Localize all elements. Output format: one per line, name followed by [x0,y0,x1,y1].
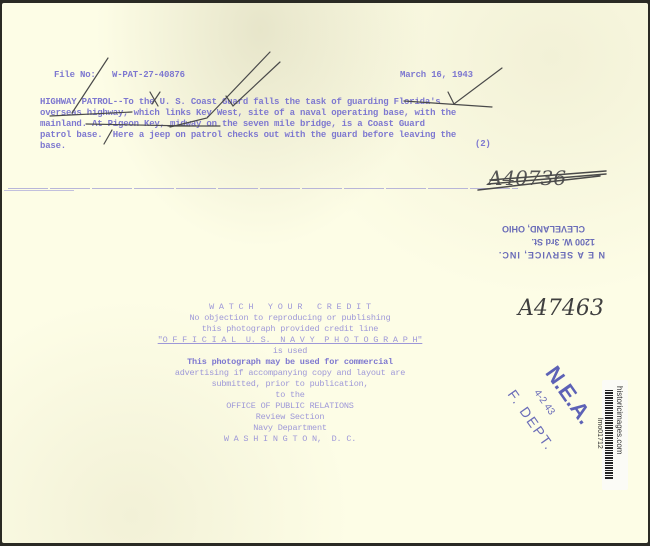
x-mark-icon [150,92,160,106]
pencil-marks [0,0,650,546]
check-mark-icon [72,58,108,113]
